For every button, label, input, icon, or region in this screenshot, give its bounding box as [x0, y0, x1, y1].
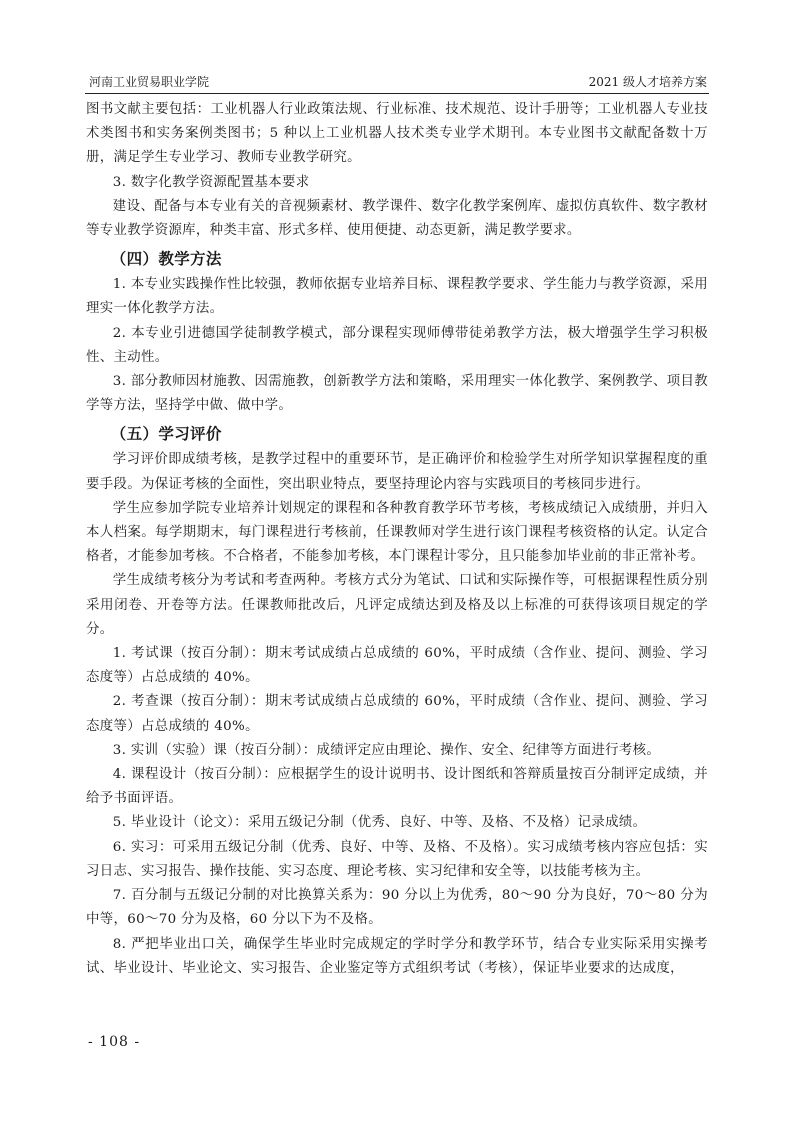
document-body: 图书文献主要包括：工业机器人行业政策法规、行业标准、技术规范、设计手册等；工业机…: [86, 98, 708, 981]
section-heading-learning-evaluation: （五）学习评价: [86, 420, 708, 448]
header-document-title: 2021 级人才培养方案: [589, 74, 707, 91]
evaluation-item: 2. 考查课（按百分制）：期末考试成绩占总成绩的 60%，平时成绩（含作业、提问…: [86, 690, 708, 738]
evaluation-item: 8. 严把毕业出口关，确保学生毕业时完成规定的学时学分和教学环节，结合专业实际采…: [86, 933, 708, 981]
library-resources-paragraph: 图书文献主要包括：工业机器人行业政策法规、行业标准、技术规范、设计手册等；工业机…: [86, 98, 708, 171]
evaluation-item: 6. 实习：可采用五级记分制（优秀、良好、中等、及格、不及格）。实习成绩考核内容…: [86, 836, 708, 884]
teaching-method-item: 1. 本专业实践操作性比较强，教师依据专业培养目标、课程教学要求、学生能力与教学…: [86, 273, 708, 321]
digital-resources-title: 3. 数字化教学资源配置基本要求: [86, 171, 708, 195]
evaluation-paragraph: 学生应参加学院专业培养计划规定的课程和各种教育教学环节考核，考核成绩记入成绩册，…: [86, 497, 708, 570]
digital-resources-paragraph: 建设、配备与本专业有关的音视频素材、教学课件、数字化教学案例库、虚拟仿真软件、数…: [86, 195, 708, 243]
teaching-method-item: 3. 部分教师因材施教、因需施教，创新教学方法和策略，采用理实一体化教学、案例教…: [86, 370, 708, 418]
section-heading-teaching-methods: （四）教学方法: [86, 245, 708, 273]
teaching-method-item: 2. 本专业引进德国学徒制教学模式，部分课程实现师傅带徒弟教学方法，极大增强学生…: [86, 322, 708, 370]
page-header: 河南工业贸易职业学院 2021 级人才培养方案: [85, 74, 709, 94]
evaluation-item: 3. 实训（实验）课（按百分制）：成绩评定应由理论、操作、安全、纪律等方面进行考…: [86, 739, 708, 763]
evaluation-item: 4. 课程设计（按百分制）：应根据学生的设计说明书、设计图纸和答辩质量按百分制评…: [86, 763, 708, 811]
evaluation-paragraph: 学习评价即成绩考核，是教学过程中的重要环节，是正确评价和检验学生对所学知识掌握程…: [86, 448, 708, 496]
evaluation-item: 7. 百分制与五级记分制的对比换算关系为：90 分以上为优秀，80～90 分为良…: [86, 884, 708, 932]
page-number: - 108 -: [88, 1034, 140, 1050]
evaluation-item: 1. 考试课（按百分制）：期末考试成绩占总成绩的 60%，平时成绩（含作业、提问…: [86, 642, 708, 690]
evaluation-paragraph: 学生成绩考核分为考试和考查两种。考核方式分为笔试、口试和实际操作等，可根据课程性…: [86, 569, 708, 642]
header-institution: 河南工业贸易职业学院: [89, 74, 209, 91]
evaluation-item: 5. 毕业设计（论文）：采用五级记分制（优秀、良好、中等、及格、不及格）记录成绩…: [86, 811, 708, 835]
